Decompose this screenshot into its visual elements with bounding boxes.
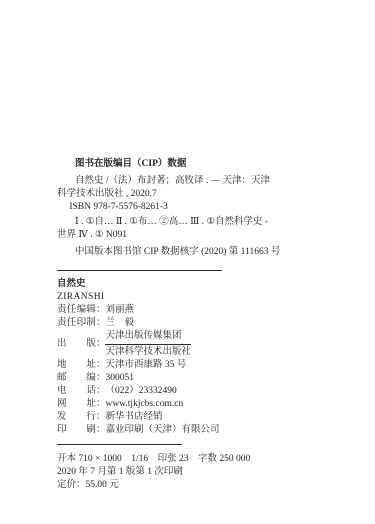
print-supervisor-name: 兰 毅 <box>105 317 134 330</box>
cip-registry-line: 中国版本图书馆 CIP 数据核字 (2020) 第 111663 号 <box>57 246 323 259</box>
label-colon: ： <box>96 385 106 398</box>
phone-row: 电话：（022）23332490 <box>57 385 323 398</box>
website-row: 网址：www.tjkjcbs.com.cn <box>57 398 323 411</box>
website-label: 网址 <box>57 398 96 411</box>
printer-label: 印刷 <box>57 424 96 437</box>
book-title-cn: 自然史 <box>57 278 323 291</box>
cip-header: 图书在版编目（CIP）数据 <box>57 158 323 171</box>
label-colon: ： <box>96 338 106 351</box>
editor-row: 责任编辑：刘丽燕 <box>57 304 323 317</box>
print-supervisor-row: 责任印制：兰 毅 <box>57 317 323 330</box>
distribution-value: 新华书店经销 <box>105 411 162 424</box>
publisher-stacked-value: 天津出版传媒集团天津科学技术出版社 <box>105 330 191 359</box>
phone-label: 电话 <box>57 385 96 398</box>
publisher-label: 出版 <box>57 338 96 351</box>
publisher-row: 出版：天津出版传媒集团天津科学技术出版社 <box>57 330 323 359</box>
distribution-row: 发行：新华书店经销 <box>57 411 323 424</box>
address-row: 地址：天津市西康路 35 号 <box>57 359 323 372</box>
price-line: 定价：55.00 元 <box>57 479 323 492</box>
label-colon: ： <box>96 304 106 317</box>
printer-row: 印刷：嘉业印刷（天津）有限公司 <box>57 424 323 437</box>
press-name: 天津科学技术出版社 <box>105 345 191 359</box>
distribution-label: 发行 <box>57 411 96 424</box>
label-colon: ： <box>96 411 106 424</box>
printer-value: 嘉业印刷（天津）有限公司 <box>105 424 219 437</box>
isbn-line: ISBN 978-7-5576-8261-3 <box>57 201 323 214</box>
label-colon: ： <box>96 359 106 372</box>
website-value: www.tjkjcbs.com.cn <box>105 398 183 411</box>
classification-line-2: 世界 Ⅳ . ① N091 <box>57 229 323 242</box>
postcode-value: 300051 <box>105 372 134 385</box>
label-colon: ： <box>96 372 106 385</box>
label-colon: ： <box>96 317 106 330</box>
cip-record-line-1: 自然史 /（法）布封著；高牧译 . — 天津：天津 <box>57 175 323 188</box>
label-colon: ： <box>96 398 106 411</box>
divider-line-bottom <box>57 444 182 445</box>
classification-line-1: Ⅰ . ①自… Ⅱ . ①布… ②高… Ⅲ . ①自然科学史 - <box>57 216 323 229</box>
postcode-label: 邮编 <box>57 372 96 385</box>
book-title-pinyin: ZIRANSHI <box>57 291 323 304</box>
edition-impression-line: 2020 年 7 月第 1 版第 1 次印刷 <box>57 466 323 479</box>
publishing-group-name: 天津出版传媒集团 <box>105 330 191 345</box>
postcode-row: 邮编：300051 <box>57 372 323 385</box>
print-supervisor-label: 责任印制 <box>57 317 96 330</box>
editor-name: 刘丽燕 <box>105 304 134 317</box>
book-copyright-page: 图书在版编目（CIP）数据 自然史 /（法）布封著；高牧译 . — 天津：天津 … <box>0 0 375 524</box>
divider-line-top <box>57 270 222 271</box>
cip-record-line-2: 科学技术出版社 , 2020.7 <box>57 188 323 201</box>
colophon-block: 自然史 ZIRANSHI 责任编辑：刘丽燕 责任印制：兰 毅 出版：天津出版传媒… <box>57 278 323 437</box>
cip-data-block: 图书在版编目（CIP）数据 自然史 /（法）布封著；高牧译 . — 天津：天津 … <box>57 158 323 259</box>
format-sheet-line: 开本 710 × 1000 1/16 印张 23 字数 250 000 <box>57 453 323 466</box>
print-info-block: 开本 710 × 1000 1/16 印张 23 字数 250 000 2020… <box>57 453 323 492</box>
address-label: 地址 <box>57 359 96 372</box>
address-value: 天津市西康路 35 号 <box>105 359 186 372</box>
editor-label: 责任编辑 <box>57 304 96 317</box>
phone-value: （022）23332490 <box>105 385 176 398</box>
label-colon: ： <box>96 424 106 437</box>
